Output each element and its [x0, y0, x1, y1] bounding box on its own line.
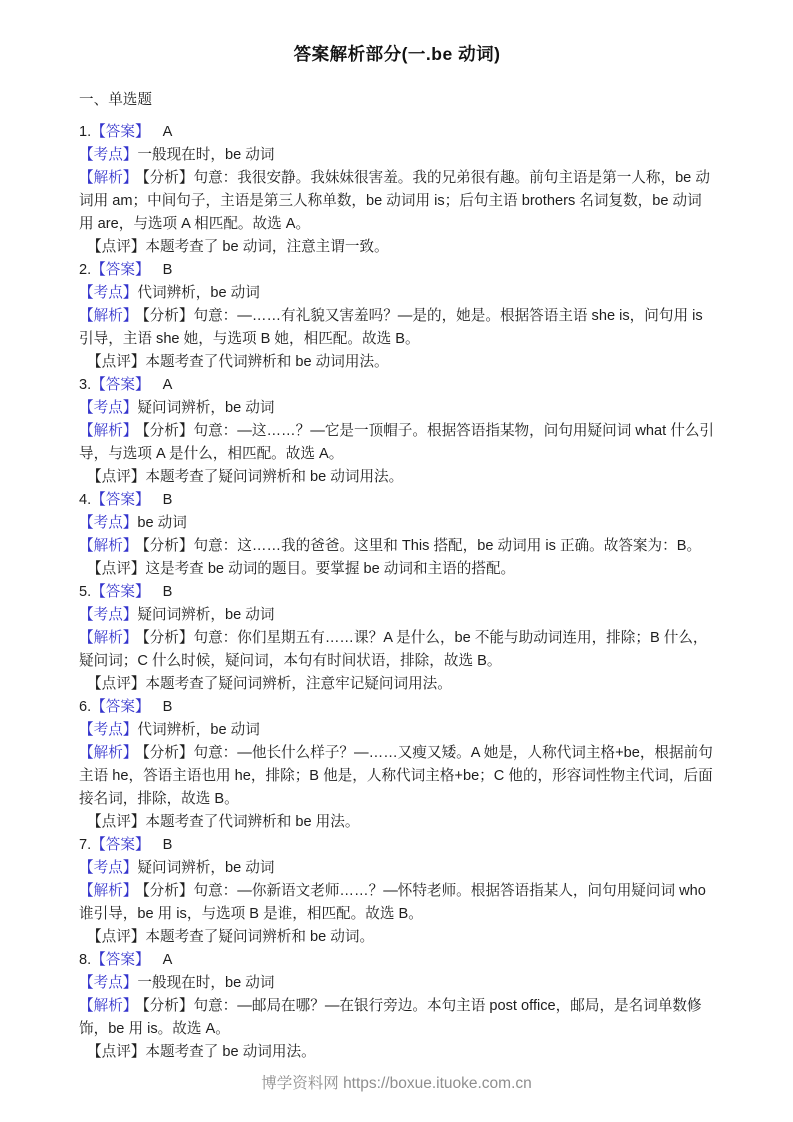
analysis-inner-label: 【分析】 — [142, 308, 193, 324]
answer-line: 1.【答案】A — [79, 121, 716, 144]
answer-label: 【答案】 — [91, 492, 149, 508]
page-footer: 博学资料网 https://boxue.ituoke.com.cn — [0, 1074, 793, 1094]
key-point-line: 【考点】疑问词辨析，be 动词 — [79, 857, 716, 880]
answer-item: 6.【答案】B 【考点】代词辨析，be 动词 【解析】【分析】句意：—他长什么样… — [79, 696, 716, 834]
key-point-text: 疑问词辨析，be 动词 — [137, 860, 274, 876]
comment-label: 【点评】 — [87, 814, 145, 830]
analysis-label: 【解析】 — [79, 308, 137, 324]
analysis-inner-label: 【分析】 — [142, 538, 193, 554]
answer-label: 【答案】 — [91, 377, 149, 393]
answer-item: 3.【答案】A 【考点】疑问词辨析，be 动词 【解析】【分析】句意：—这……？… — [79, 374, 716, 489]
analysis-inner-label: 【分析】 — [142, 998, 193, 1014]
comment-label: 【点评】 — [87, 239, 145, 255]
comment-label: 【点评】 — [87, 929, 145, 945]
analysis-inner-label: 【分析】 — [142, 170, 193, 186]
key-point-label: 【考点】 — [79, 722, 137, 738]
comment-line: 【点评】本题考查了代词辨析和 be 用法。 — [79, 811, 716, 834]
answer-value: B — [163, 837, 173, 853]
key-point-text: 一般现在时，be 动词 — [137, 975, 274, 991]
comment-text: 本题考查了 be 动词，注意主谓一致。 — [145, 239, 388, 255]
comment-label: 【点评】 — [87, 1044, 145, 1060]
section-heading: 一、单选题 — [79, 89, 715, 112]
comment-label: 【点评】 — [87, 561, 145, 577]
key-point-label: 【考点】 — [79, 975, 137, 991]
answer-value: A — [163, 952, 173, 968]
comment-line: 【点评】本题考查了疑问词辨析和 be 动词。 — [79, 926, 716, 949]
answer-line: 4.【答案】B — [79, 489, 716, 512]
key-point-text: 疑问词辨析，be 动词 — [137, 607, 274, 623]
item-number: 3. — [79, 377, 91, 393]
comment-text: 本题考查了疑问词辨析和 be 动词用法。 — [145, 469, 403, 485]
key-point-text: 代词辨析，be 动词 — [137, 285, 259, 301]
analysis-line: 【解析】【分析】句意：—邮局在哪？—在银行旁边。本句主语 post office… — [79, 995, 716, 1041]
answer-item: 2.【答案】B 【考点】代词辨析，be 动词 【解析】【分析】句意：—……有礼貌… — [79, 259, 716, 374]
key-point-line: 【考点】一般现在时，be 动词 — [79, 972, 716, 995]
analysis-line: 【解析】【分析】句意：这……我的爸爸。这里和 This 搭配，be 动词用 is… — [79, 535, 716, 558]
comment-line: 【点评】这是考查 be 动词的题目。要掌握 be 动词和主语的搭配。 — [79, 558, 716, 581]
comment-text: 这是考查 be 动词的题目。要掌握 be 动词和主语的搭配。 — [145, 561, 515, 577]
item-number: 7. — [79, 837, 91, 853]
item-number: 8. — [79, 952, 91, 968]
document-title: 答案解析部分(一.be 动词) — [79, 42, 715, 66]
analysis-label: 【解析】 — [79, 630, 137, 646]
key-point-line: 【考点】疑问词辨析，be 动词 — [79, 397, 716, 420]
comment-text: 本题考查了 be 动词用法。 — [145, 1044, 315, 1060]
analysis-label: 【解析】 — [79, 745, 137, 761]
analysis-line: 【解析】【分析】句意：—你新语文老师……？—怀特老师。根据答语指某人，问句用疑问… — [79, 880, 716, 926]
answer-item: 4.【答案】B 【考点】be 动词 【解析】【分析】句意：这……我的爸爸。这里和… — [79, 489, 716, 581]
answer-items-list: 1.【答案】A 【考点】一般现在时，be 动词 【解析】【分析】句意：我很安静。… — [79, 121, 716, 1064]
answer-value: B — [163, 584, 173, 600]
comment-text: 本题考查了疑问词辨析和 be 动词。 — [145, 929, 374, 945]
item-number: 6. — [79, 699, 91, 715]
comment-label: 【点评】 — [87, 469, 145, 485]
comment-line: 【点评】本题考查了代词辨析和 be 动词用法。 — [79, 351, 716, 374]
answer-item: 7.【答案】B 【考点】疑问词辨析，be 动词 【解析】【分析】句意：—你新语文… — [79, 834, 716, 949]
answer-item: 5.【答案】B 【考点】疑问词辨析，be 动词 【解析】【分析】句意：你们星期五… — [79, 581, 716, 696]
answer-value: A — [163, 124, 173, 140]
footer-url-link[interactable]: https://boxue.ituoke.com.cn — [343, 1075, 532, 1092]
analysis-inner-label: 【分析】 — [142, 883, 193, 899]
answer-label: 【答案】 — [91, 262, 149, 278]
key-point-label: 【考点】 — [79, 515, 137, 531]
analysis-line: 【解析】【分析】句意：—他长什么样子？—……又瘦又矮。A 她是，人称代词主格+b… — [79, 742, 716, 811]
comment-label: 【点评】 — [87, 676, 145, 692]
answer-label: 【答案】 — [91, 584, 149, 600]
answer-line: 7.【答案】B — [79, 834, 716, 857]
analysis-label: 【解析】 — [79, 170, 137, 186]
document-page: 答案解析部分(一.be 动词) 一、单选题 1.【答案】A 【考点】一般现在时，… — [0, 0, 793, 1122]
key-point-line: 【考点】be 动词 — [79, 512, 716, 535]
comment-line: 【点评】本题考查了 be 动词，注意主谓一致。 — [79, 236, 716, 259]
answer-item: 8.【答案】A 【考点】一般现在时，be 动词 【解析】【分析】句意：—邮局在哪… — [79, 949, 716, 1064]
answer-line: 6.【答案】B — [79, 696, 716, 719]
comment-label: 【点评】 — [87, 354, 145, 370]
answer-value: B — [163, 699, 173, 715]
comment-text: 本题考查了疑问词辨析，注意牢记疑问词用法。 — [145, 676, 451, 692]
key-point-line: 【考点】代词辨析，be 动词 — [79, 282, 716, 305]
analysis-inner-label: 【分析】 — [142, 745, 193, 761]
key-point-text: 代词辨析，be 动词 — [137, 722, 259, 738]
answer-line: 5.【答案】B — [79, 581, 716, 604]
analysis-line: 【解析】【分析】句意：你们星期五有……课？A 是什么，be 不能与助动词连用，排… — [79, 627, 716, 673]
answer-label: 【答案】 — [91, 952, 149, 968]
answer-value: A — [163, 377, 173, 393]
answer-item: 1.【答案】A 【考点】一般现在时，be 动词 【解析】【分析】句意：我很安静。… — [79, 121, 716, 259]
item-number: 4. — [79, 492, 91, 508]
key-point-line: 【考点】代词辨析，be 动词 — [79, 719, 716, 742]
analysis-text: 句意：这……我的爸爸。这里和 This 搭配，be 动词用 is 正确。故答案为… — [193, 538, 701, 554]
analysis-inner-label: 【分析】 — [142, 630, 193, 646]
key-point-text: 一般现在时，be 动词 — [137, 147, 274, 163]
answer-label: 【答案】 — [91, 124, 149, 140]
footer-site-name: 博学资料网 — [261, 1075, 339, 1092]
key-point-label: 【考点】 — [79, 285, 137, 301]
analysis-line: 【解析】【分析】句意：我很安静。我妹妹很害羞。我的兄弟很有趣。前句主语是第一人称… — [79, 167, 716, 236]
key-point-text: be 动词 — [137, 515, 186, 531]
item-number: 2. — [79, 262, 91, 278]
analysis-label: 【解析】 — [79, 423, 137, 439]
analysis-line: 【解析】【分析】句意：—这……？—它是一顶帽子。根据答语指某物，问句用疑问词 w… — [79, 420, 716, 466]
item-number: 5. — [79, 584, 91, 600]
comment-text: 本题考查了代词辨析和 be 动词用法。 — [145, 354, 388, 370]
answer-label: 【答案】 — [91, 837, 149, 853]
answer-line: 8.【答案】A — [79, 949, 716, 972]
answer-label: 【答案】 — [91, 699, 149, 715]
key-point-label: 【考点】 — [79, 860, 137, 876]
key-point-label: 【考点】 — [79, 147, 137, 163]
answer-value: B — [163, 262, 173, 278]
analysis-line: 【解析】【分析】句意：—……有礼貌又害羞吗？—是的，她是。根据答语主语 she … — [79, 305, 716, 351]
item-number: 1. — [79, 124, 91, 140]
answer-line: 3.【答案】A — [79, 374, 716, 397]
comment-line: 【点评】本题考查了疑问词辨析，注意牢记疑问词用法。 — [79, 673, 716, 696]
analysis-label: 【解析】 — [79, 538, 137, 554]
comment-text: 本题考查了代词辨析和 be 用法。 — [145, 814, 359, 830]
analysis-label: 【解析】 — [79, 998, 137, 1014]
key-point-line: 【考点】一般现在时，be 动词 — [79, 144, 716, 167]
answer-line: 2.【答案】B — [79, 259, 716, 282]
comment-line: 【点评】本题考查了疑问词辨析和 be 动词用法。 — [79, 466, 716, 489]
key-point-line: 【考点】疑问词辨析，be 动词 — [79, 604, 716, 627]
key-point-text: 疑问词辨析，be 动词 — [137, 400, 274, 416]
answer-value: B — [163, 492, 173, 508]
key-point-label: 【考点】 — [79, 400, 137, 416]
analysis-label: 【解析】 — [79, 883, 137, 899]
comment-line: 【点评】本题考查了 be 动词用法。 — [79, 1041, 716, 1064]
key-point-label: 【考点】 — [79, 607, 137, 623]
analysis-inner-label: 【分析】 — [142, 423, 193, 439]
